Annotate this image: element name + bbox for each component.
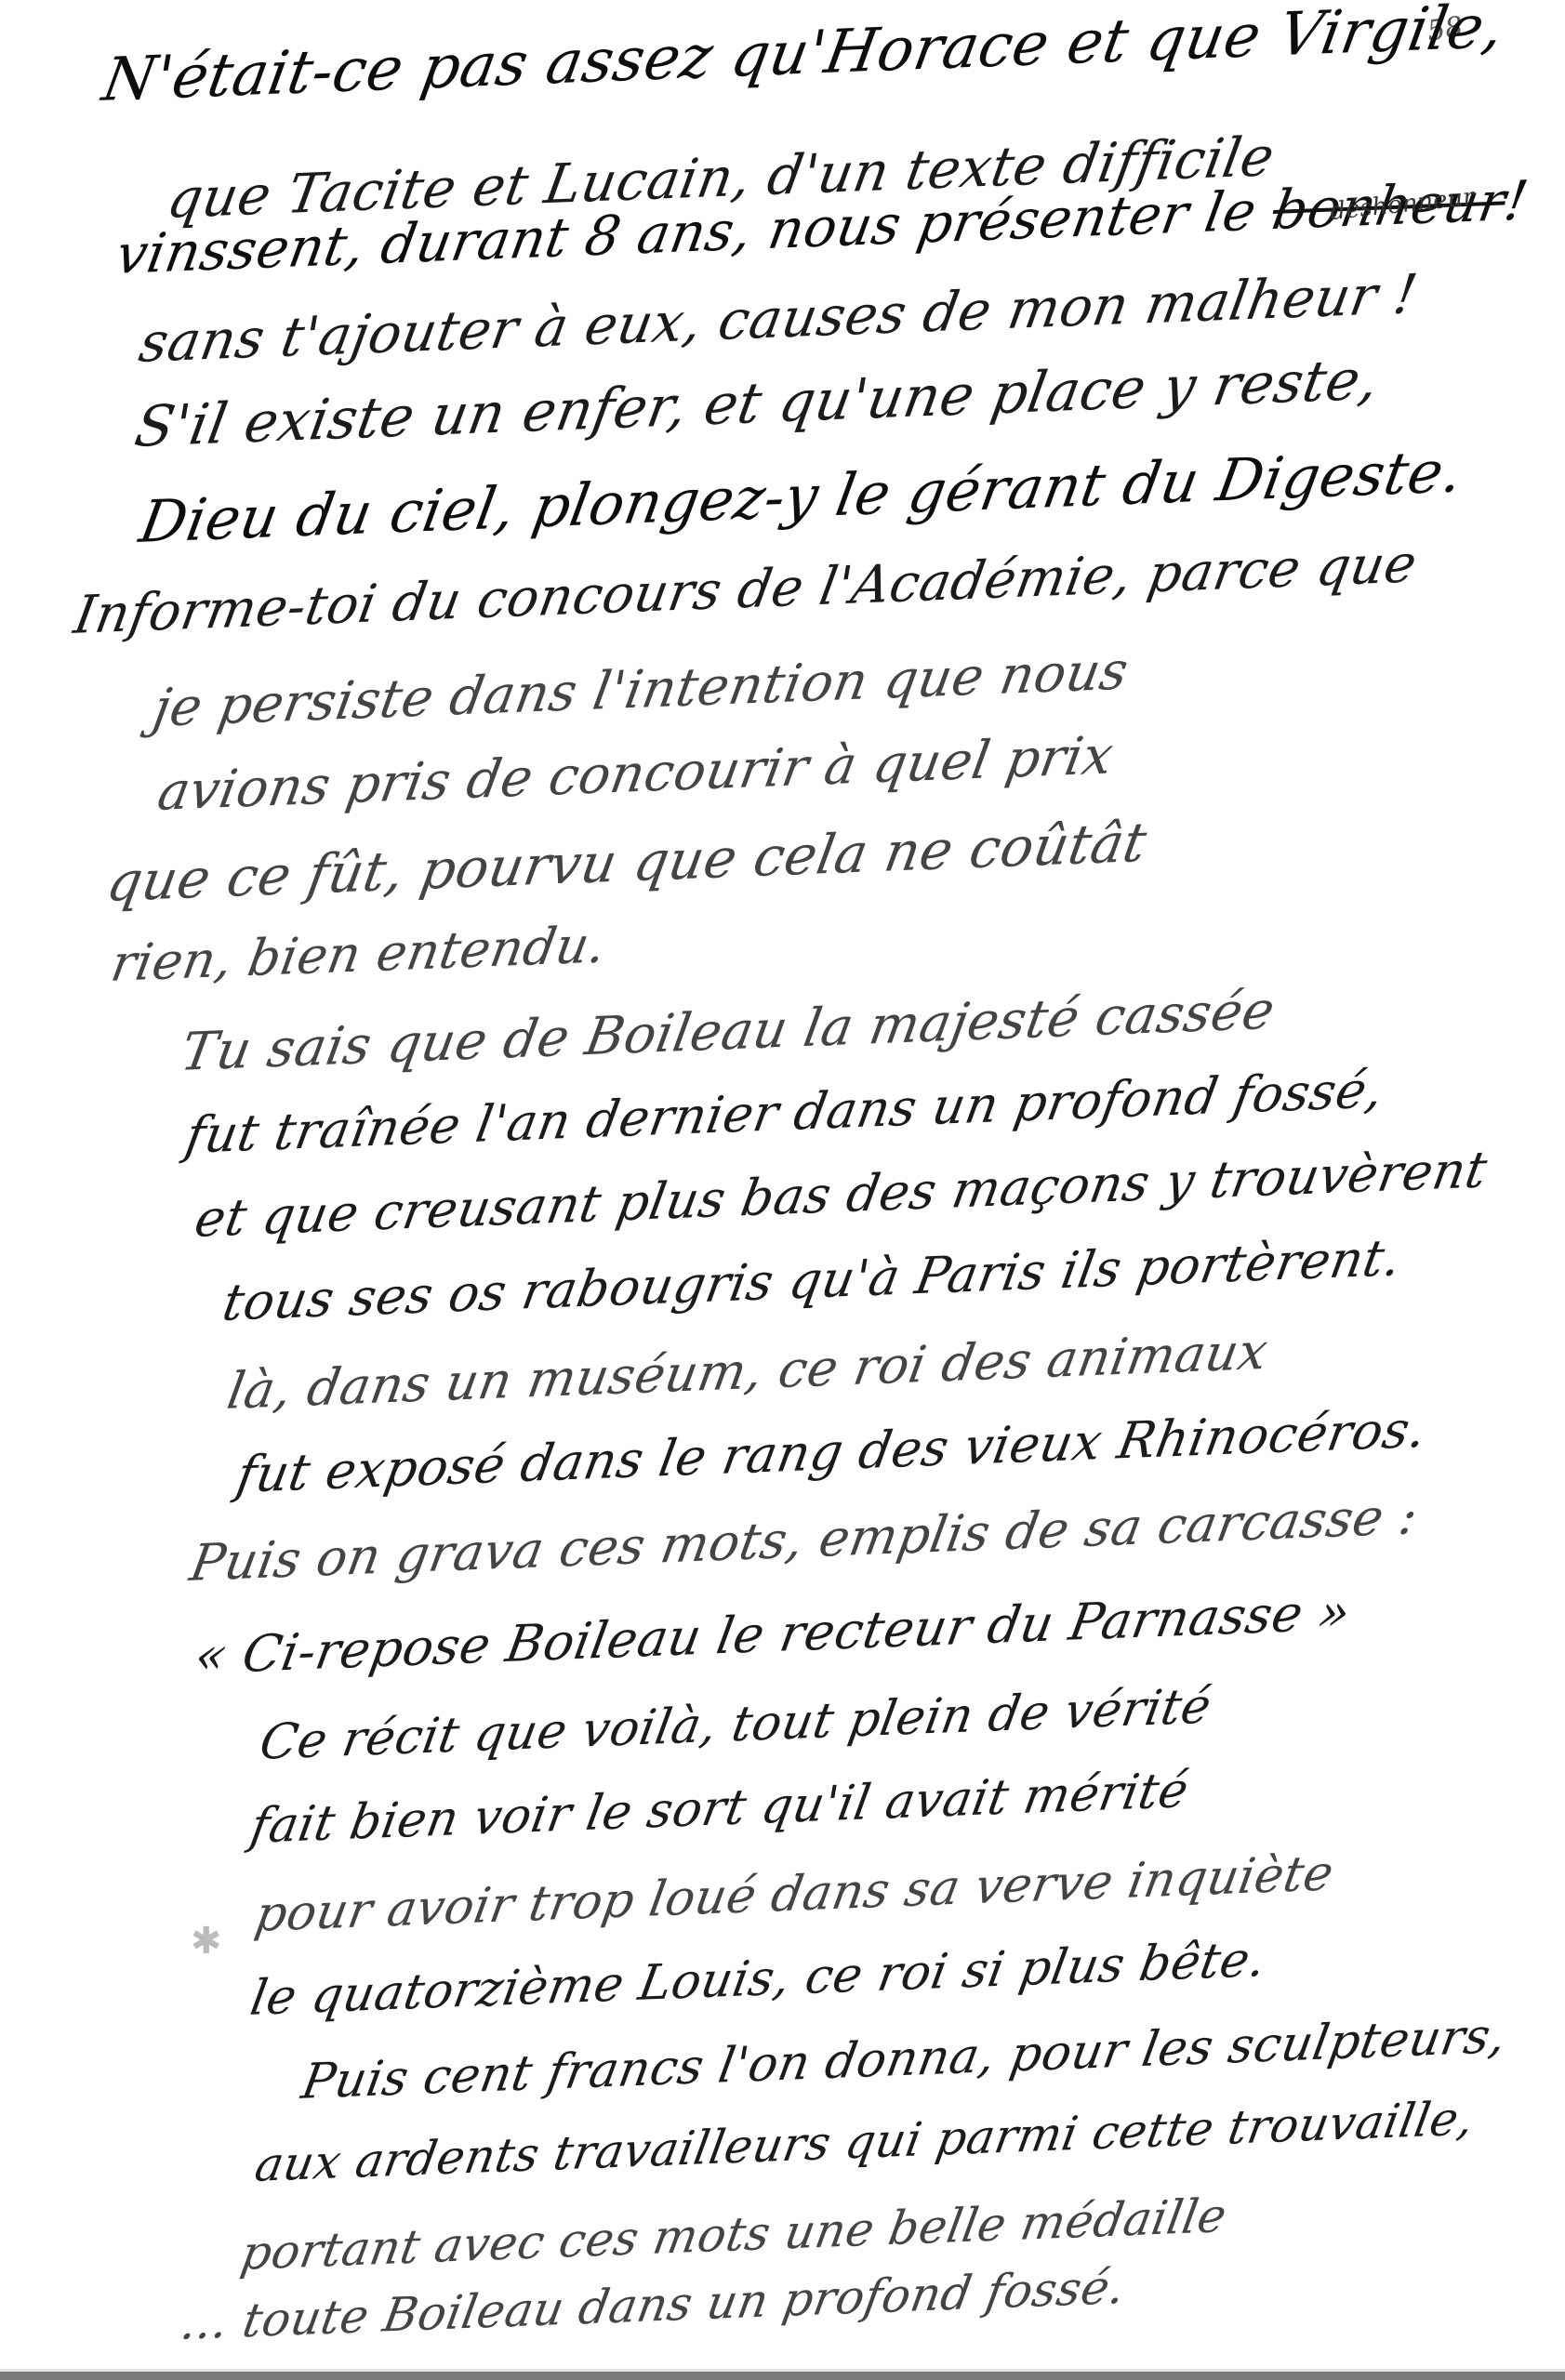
manuscript-line-23: le quatorzième Louis, ce roi si plus bêt…: [246, 1932, 1270, 2027]
manuscript-line-18: Puis on grava ces mots, emplis de sa car…: [186, 1487, 1423, 1593]
manuscript-line-12: Tu sais que de Boileau la majesté cassée: [177, 980, 1280, 1083]
manuscript-line-19: « Ci-repose Boileau le recteur du Parnas…: [191, 1582, 1355, 1686]
manuscript-line-16: là, dans un muséum, ce roi des animaux: [223, 1322, 1272, 1421]
manuscript-page: 58 N'était-ce pas assez qu'Horace et que…: [0, 0, 1565, 2369]
manuscript-line-1: N'était-ce pas assez qu'Horace et que Vi…: [98, 0, 1509, 115]
manuscript-line-17: fut exposé dans le rang des vieux Rhinoc…: [232, 1399, 1431, 1504]
manuscript-line-20: Ce récit que voilà, tout plein de vérité: [256, 1678, 1215, 1771]
manuscript-line-10: que ce fût, pourvu que cela ne coûtât: [102, 811, 1151, 914]
manuscript-line-11: rien, bien entendu.: [107, 915, 611, 993]
manuscript-line-6: Dieu du ciel, plongez-y le gérant du Dig…: [135, 437, 1467, 556]
manuscript-line-21: fait bien voir le sort qu'il avait mérit…: [246, 1763, 1193, 1855]
manuscript-line-15: tous ses os rabougris qu'à Paris ils por…: [219, 1228, 1406, 1332]
viewer-bottom-bar: [0, 2372, 1565, 2380]
manuscript-line-22: pour avoir trop loué dans sa verve inqui…: [251, 1845, 1338, 1943]
manuscript-line-24: Puis cent francs l'on donna, pour les sc…: [298, 2008, 1510, 2110]
bleed-through-mark: ✱: [191, 1920, 222, 1963]
manuscript-line-25: aux ardents travailleurs qui parmi cette…: [251, 2091, 1479, 2192]
manuscript-line-8: je persiste dans l'intention que nous: [149, 641, 1133, 739]
manuscript-line-9: avions pris de concourir à quel prix: [153, 725, 1118, 823]
